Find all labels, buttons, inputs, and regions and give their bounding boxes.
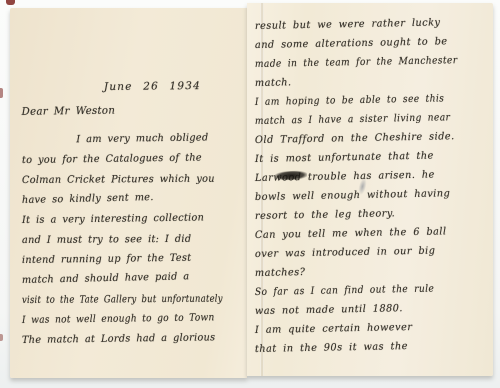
letter-salutation: Dear Mr Weston [10, 102, 240, 119]
handwritten-line: that in the 90s it was the [255, 336, 480, 359]
handwritten-line: The match at Lords had a glorious [22, 328, 241, 351]
letter-page-left: June 26 1934 Dear Mr Weston I am very mu… [10, 8, 247, 378]
red-edge-mark [6, 0, 15, 5]
handwritten-line: match and should have paid a [22, 266, 241, 291]
letter-page-right: result but we were rather lucky and some… [247, 3, 493, 376]
ink-blot [275, 170, 307, 181]
handwritten-line: It is a very interesting collection [22, 208, 241, 231]
handwritten-line: have so kindly sent me. [22, 186, 241, 211]
letter-left-body: I am very much obliged to you for the Ca… [10, 131, 247, 351]
handwritten-line: I was not well enough to go to Town [22, 308, 225, 331]
handwritten-line: to you for the Catalogues of the [22, 148, 241, 171]
letter-right-body: result but we were rather lucky and some… [247, 3, 493, 359]
letter-photograph: June 26 1934 Dear Mr Weston I am very mu… [0, 0, 500, 388]
red-edge-mark [0, 334, 3, 341]
letter-date: June 26 1934 [10, 79, 201, 95]
red-edge-mark [0, 88, 3, 98]
